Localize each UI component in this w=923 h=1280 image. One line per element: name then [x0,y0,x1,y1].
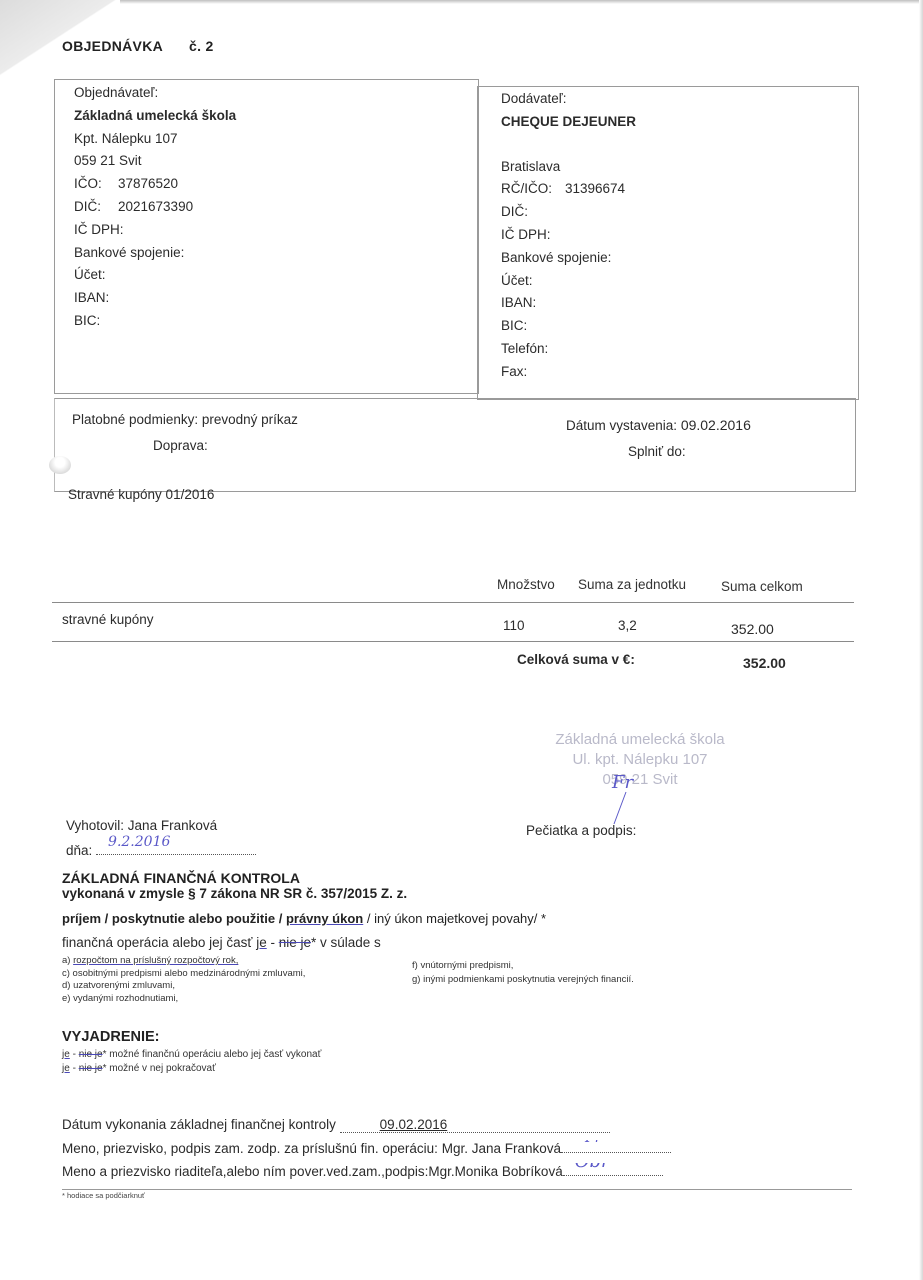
prepared-date: dňa: 9.2.2016 [66,840,256,858]
ico-value: 37876520 [118,176,178,191]
buyer-details: Objednávateľ: Základná umelecká škola Kp… [74,82,236,333]
compliance-prefix: finančná operácia alebo jej časť [62,935,252,950]
statement-1-suffix: * možné finančnú operáciu alebo jej časť… [103,1049,322,1060]
page-edge-top [120,0,923,4]
supplier-dic: DIČ: [501,201,636,224]
dic-value: 2021673390 [118,199,193,214]
payment-terms: Platobné podmienky: prevodný príkaz [72,412,298,427]
responsible-label: Meno, priezvisko, podpis zam. zodp. za p… [62,1141,438,1156]
prepared-date-field: 9.2.2016 [96,840,256,855]
ico-label: IČO: [74,173,118,196]
supplier-bank: Bankové spojenie: [501,247,636,270]
buyer-city: 059 21 Svit [74,150,236,173]
supplier-iban: IBAN: [501,292,636,315]
supplier-box: Dodávateľ: CHEQUE DEJEUNER Bratislava RČ… [477,86,859,400]
col-header-unit-price: Suma za jednotku [578,577,686,592]
statement-2-no: nie je [79,1063,103,1074]
supplier-details: Dodávateľ: CHEQUE DEJEUNER Bratislava RČ… [501,88,636,384]
prepared-by-name: Jana Franková [128,818,217,833]
statement-2: je - nie je* možné v nej pokračovať [62,1063,216,1076]
table-row-divider [52,641,854,642]
compliance-suffix: * v súlade s [311,935,381,950]
supplier-phone: Telefón: [501,338,636,361]
buyer-box: Objednávateľ: Základná umelecká škola Kp… [54,79,479,394]
signature-stroke-icon [600,790,630,826]
stamp-line-1: Základná umelecká škola [520,730,760,750]
statement-2-yes: je [62,1063,70,1074]
item-description: stravné kupóny [62,612,154,627]
issue-date: Dátum vystavenia: 09.02.2016 [566,417,751,433]
control-subheading: vykonaná v zmysle § 7 zákona NR SR č. 35… [62,886,407,901]
criterion-a-text: rozpočtom na príslušný rozpočtový rok, [73,955,238,966]
supplier-ico: RČ/IČO:31396674 [501,178,636,201]
supplier-label: Dodávateľ: [501,88,636,111]
payment-value: prevodný príkaz [202,412,298,427]
criterion-a: a) rozpočtom na príslušný rozpočtový rok… [62,955,305,968]
supplier-fax: Fax: [501,361,636,384]
criteria-left: a) rozpočtom na príslušný rozpočtový rok… [62,955,305,1005]
order-subject: Stravné kupóny 01/2016 [68,487,214,502]
compliance-sep: - [267,935,279,950]
statement-heading: VYJADRENIE: [62,1029,160,1045]
buyer-street: Kpt. Nálepku 107 [74,128,236,151]
item-unit-price: 3,2 [618,618,637,633]
due-date-label: Splniť do: [628,444,686,459]
transport-label: Doprava: [153,438,208,453]
ico-label: RČ/IČO: [501,178,565,201]
criterion-e: e) vydanými rozhodnutiami, [62,993,305,1006]
col-header-total: Suma celkom [721,579,803,594]
supplier-bic: BIC: [501,315,636,338]
buyer-label: Objednávateľ: [74,82,236,105]
school-stamp: Základná umelecká škola Ul. kpt. Nálepku… [520,730,760,790]
supplier-account: Účet: [501,270,636,293]
criterion-d: d) uzatvorenými zmluvami, [62,980,305,993]
item-quantity: 110 [503,618,525,633]
payment-label: Platobné podmienky: [72,412,198,427]
criterion-c: c) osobitnými predpismi alebo medzinárod… [62,968,305,981]
type-option-legal-act: právny úkon [286,911,363,926]
staple-mark-icon [49,456,71,474]
stamp-line-2: Ul. kpt. Nálepku 107 [520,750,760,770]
director-label: Meno a priezvisko riaditeľa,alebo ním po… [62,1164,428,1179]
criterion-a-prefix: a) [62,955,73,966]
statement-1-yes: je [62,1049,70,1060]
buyer-account: Účet: [74,264,236,287]
compliance-yes: je [256,935,267,950]
control-date-value: 09.02.2016 [380,1117,448,1132]
responsible-signature: Fr [585,1140,601,1146]
director-name: Mgr.Monika Bobríková [428,1164,562,1179]
spacer [501,134,636,156]
buyer-bank: Bankové spojenie: [74,242,236,265]
statement-1-sep: - [70,1049,79,1060]
buyer-name: Základná umelecká škola [74,105,236,128]
table-header-divider [52,602,854,603]
supplier-name: CHEQUE DEJEUNER [501,111,636,134]
buyer-icdph: IČ DPH: [74,219,236,242]
buyer-bic: BIC: [74,310,236,333]
supplier-icdph: IČ DPH: [501,224,636,247]
type-option-1: príjem / poskytnutie alebo použitie / [62,911,282,926]
prepared-date-handwritten: 9.2.2016 [108,834,170,850]
compliance-line: finančná operácia alebo jej časť je - ni… [62,935,381,950]
compliance-no: nie je [279,935,311,950]
director-line: Meno a priezvisko riaditeľa,alebo ním po… [62,1163,738,1179]
grand-total-label: Celková suma v €: [517,652,635,667]
order-number: č. 2 [189,38,214,54]
col-header-quantity: Množstvo [497,577,555,592]
prepared-date-label: dňa: [66,843,92,858]
responsible-signature-field: Fr [561,1140,671,1153]
footer-divider [62,1189,852,1190]
issue-date-value: 09.02.2016 [681,417,751,433]
criteria-right: f) vnútornými predpismi, g) inými podmie… [412,959,634,987]
statement-2-sep: - [70,1063,79,1074]
supplier-city: Bratislava [501,156,636,179]
criterion-g: g) inými podmienkami poskytnutia verejný… [412,973,634,987]
document-title: OBJEDNÁVKAč. 2 [62,38,214,54]
item-total: 352.00 [731,621,774,637]
director-signature: Obr [575,1163,610,1172]
page-edge-right [919,0,923,1280]
stamp-signature-label: Pečiatka a podpis: [526,823,636,838]
issue-date-label: Dátum vystavenia: [566,418,677,433]
ico-value: 31396674 [565,181,625,196]
control-date-label: Dátum vykonania základnej finančnej kont… [62,1117,336,1132]
statement-1: je - nie je* možné finančnú operáciu ale… [62,1049,321,1062]
buyer-iban: IBAN: [74,287,236,310]
control-date-field: 09.02.2016 [340,1117,610,1133]
grand-total-value: 352.00 [743,655,786,671]
footnote: * hodiace sa podčiarknuť [62,1191,145,1200]
buyer-ico: IČO:37876520 [74,173,236,196]
responsible-line: Meno, priezvisko, podpis zam. zodp. za p… [62,1140,738,1156]
stamp-line-3: 059 21 Svit [520,770,760,790]
statement-2-suffix: * možné v nej pokračovať [103,1063,216,1074]
control-heading: ZÁKLADNÁ FINANČNÁ KONTROLA [62,870,300,886]
dic-label: DIČ: [74,196,118,219]
operation-types: príjem / poskytnutie alebo použitie / pr… [62,911,546,926]
director-signature-field: Obr [563,1163,663,1176]
type-option-3: / iný úkon majetkovej povahy/ * [367,911,546,926]
criterion-f: f) vnútornými predpismi, [412,959,634,973]
control-date-line: Dátum vykonania základnej finančnej kont… [62,1117,738,1133]
responsible-name: Mgr. Jana Franková [442,1141,561,1156]
statement-1-no: nie je [79,1049,103,1060]
prepared-by: Vyhotovil: Jana Franková [66,818,217,833]
prepared-by-label: Vyhotovil: [66,818,124,833]
title-text: OBJEDNÁVKA [62,38,163,54]
buyer-dic: DIČ:2021673390 [74,196,236,219]
